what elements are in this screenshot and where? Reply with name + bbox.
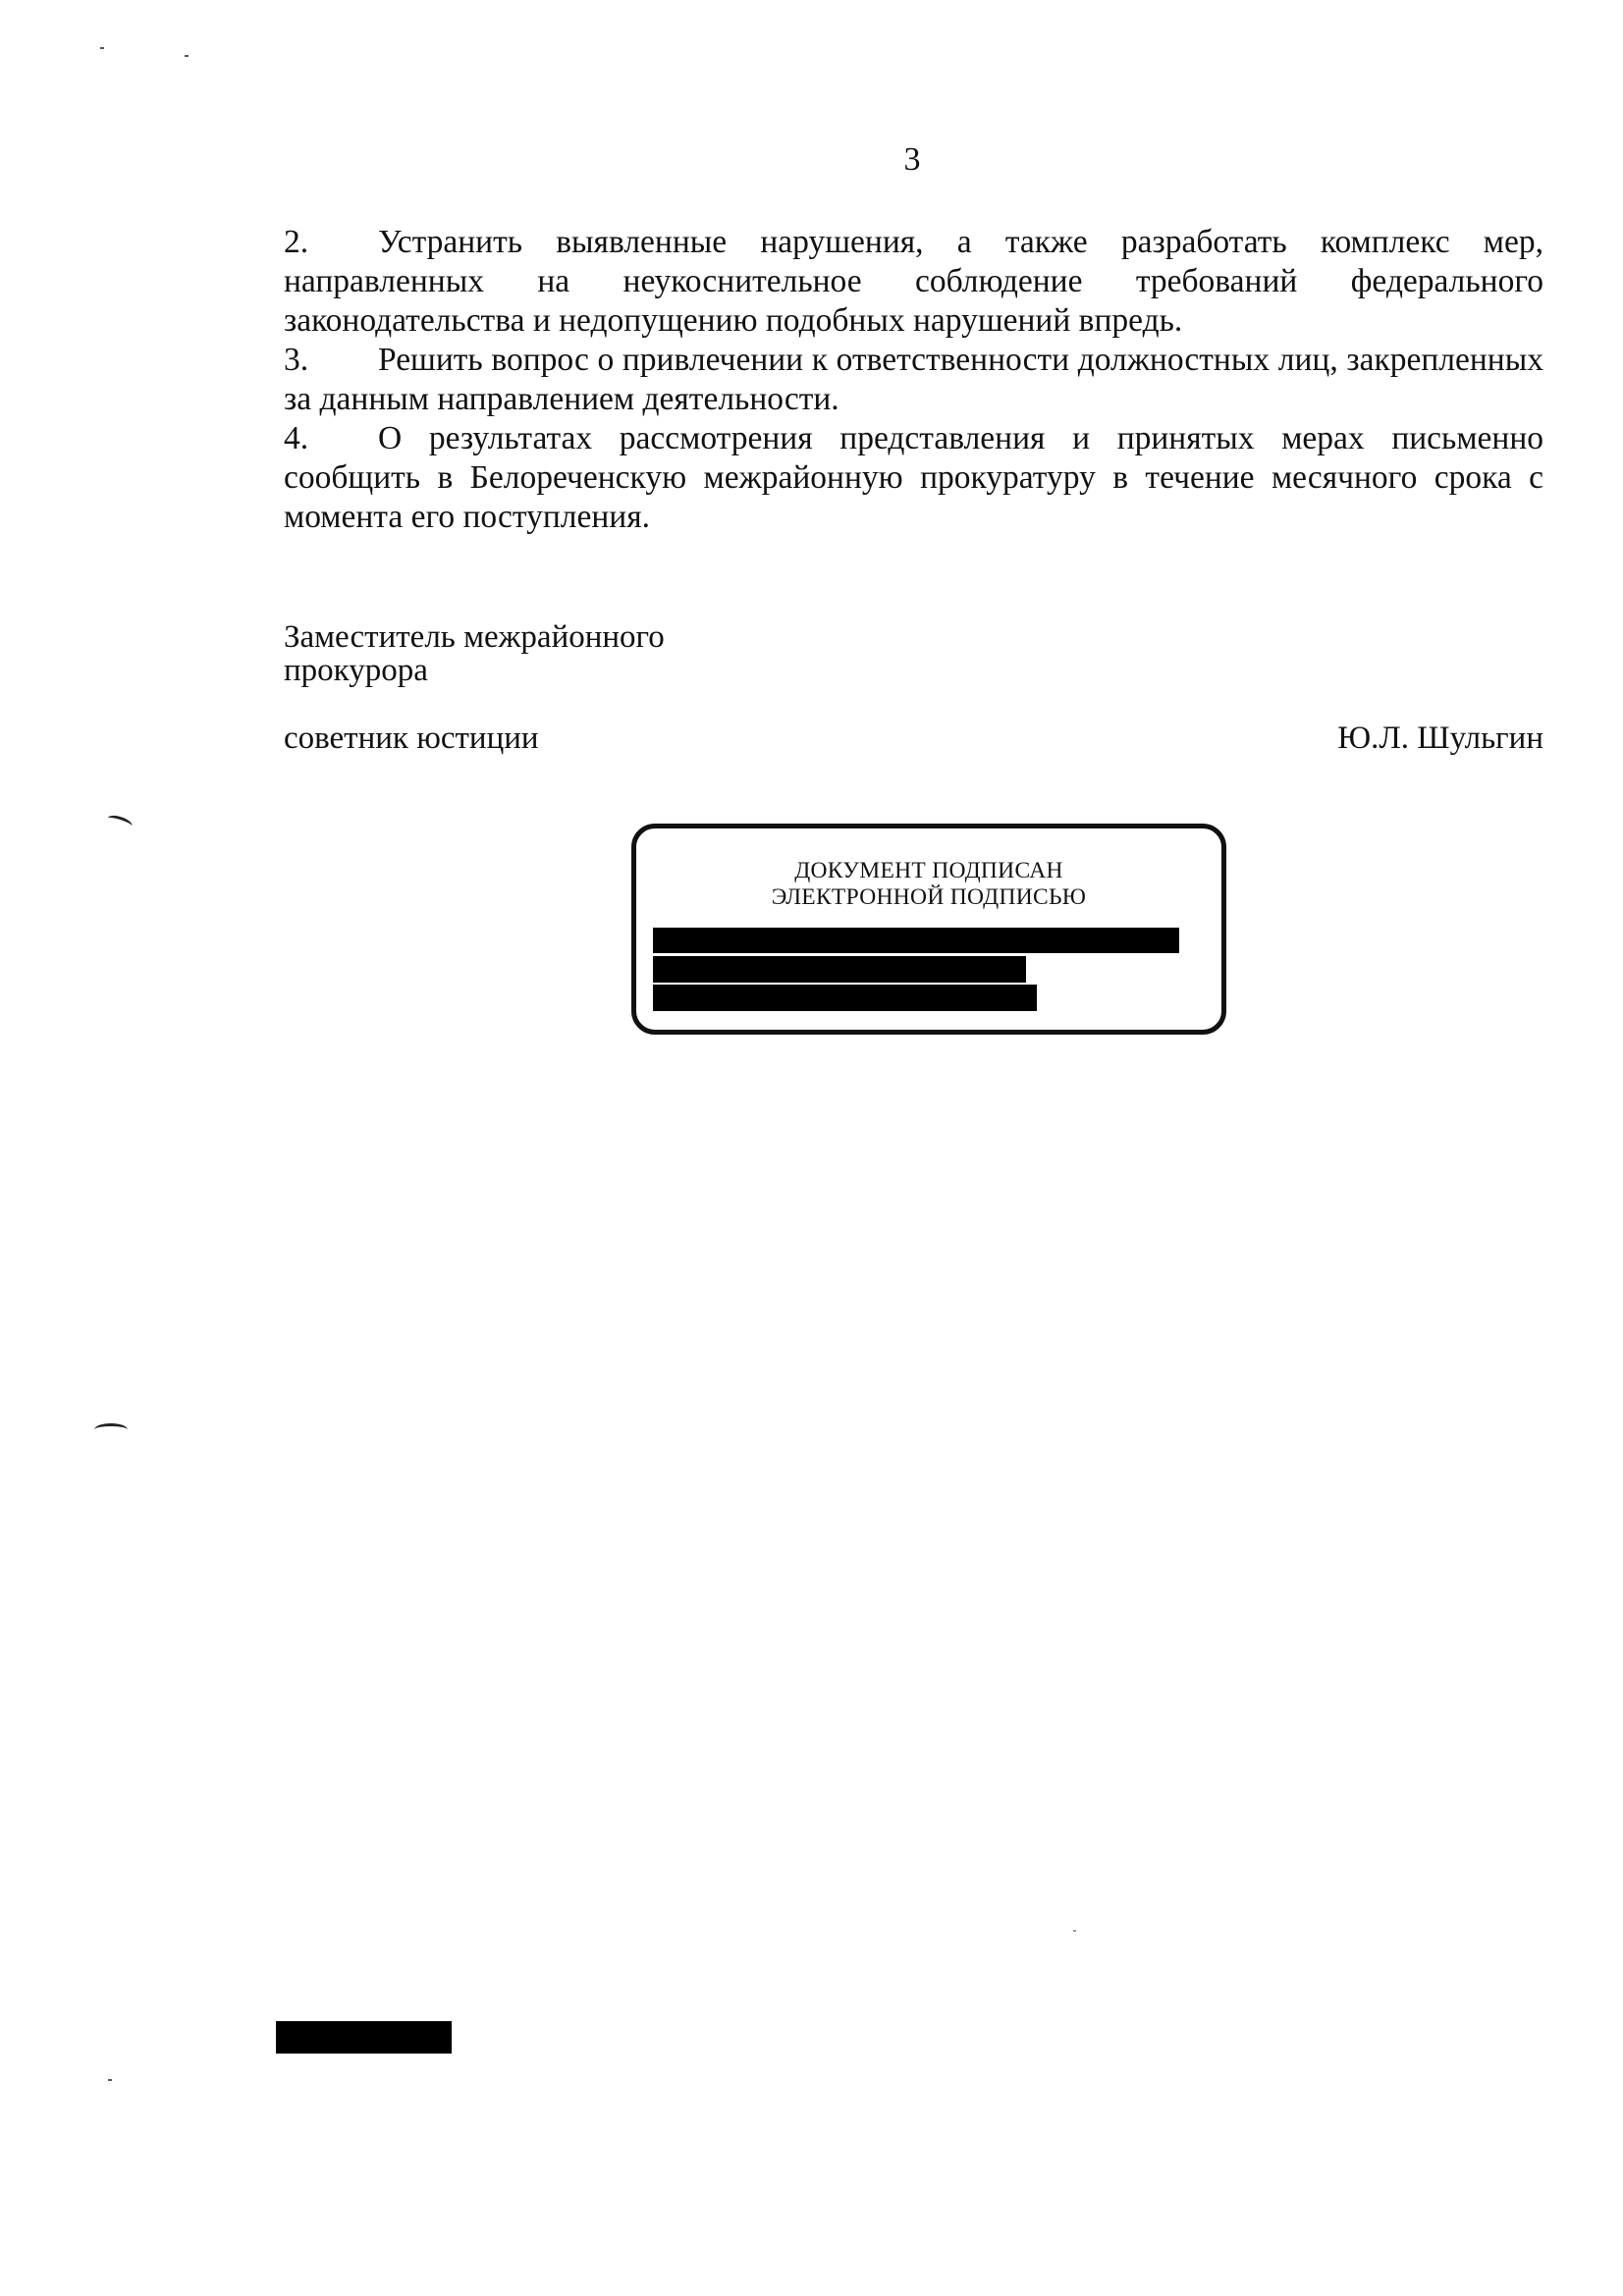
document-body: 2.Устранить выявленные нарушения, а такж… — [284, 223, 1543, 537]
redaction-bar — [653, 985, 1037, 1011]
signer-position: Заместитель межрайонного прокурора — [284, 620, 665, 687]
stamp-title: ДОКУМЕНТ ПОДПИСАН ЭЛЕКТРОННОЙ ПОДПИСЬЮ — [636, 858, 1221, 911]
footer-redaction — [276, 2021, 452, 2054]
page-number: 3 — [0, 140, 1623, 180]
redaction-bar — [653, 928, 1179, 953]
scan-artifact — [100, 47, 104, 49]
paragraph-3: 3.Решить вопрос о привлечении к ответств… — [284, 341, 1543, 419]
stamp-title-line1: ДОКУМЕНТ ПОДПИСАН — [636, 858, 1221, 884]
redaction-bar — [653, 956, 1026, 983]
stamp-title-line2: ЭЛЕКТРОННОЙ ПОДПИСЬЮ — [636, 884, 1221, 911]
scan-artifact — [1073, 1930, 1076, 1932]
signer-name: Ю.Л. Шульгин — [1337, 719, 1543, 758]
paragraph-number: 3. — [284, 341, 378, 380]
electronic-signature-stamp: ДОКУМЕНТ ПОДПИСАН ЭЛЕКТРОННОЙ ПОДПИСЬЮ — [631, 824, 1226, 1035]
scan-artifact — [108, 2079, 112, 2081]
paragraph-4: 4.О результатах рассмотрения представлен… — [284, 419, 1543, 537]
paragraph-number: 4. — [284, 419, 378, 458]
signer-rank: советник юстиции — [284, 719, 539, 758]
scan-artifact — [94, 1423, 128, 1436]
signer-position-line2: прокурора — [284, 654, 665, 687]
paragraph-text: Решить вопрос о привлечении к ответствен… — [284, 342, 1543, 417]
scan-artifact — [185, 55, 189, 57]
paragraph-text: О результатах рассмотрения представления… — [284, 420, 1543, 535]
scan-artifact — [106, 813, 134, 830]
paragraph-2: 2.Устранить выявленные нарушения, а такж… — [284, 223, 1543, 341]
paragraph-text: Устранить выявленные нарушения, а также … — [284, 224, 1543, 339]
signer-position-line1: Заместитель межрайонного — [284, 620, 665, 654]
paragraph-number: 2. — [284, 223, 378, 262]
